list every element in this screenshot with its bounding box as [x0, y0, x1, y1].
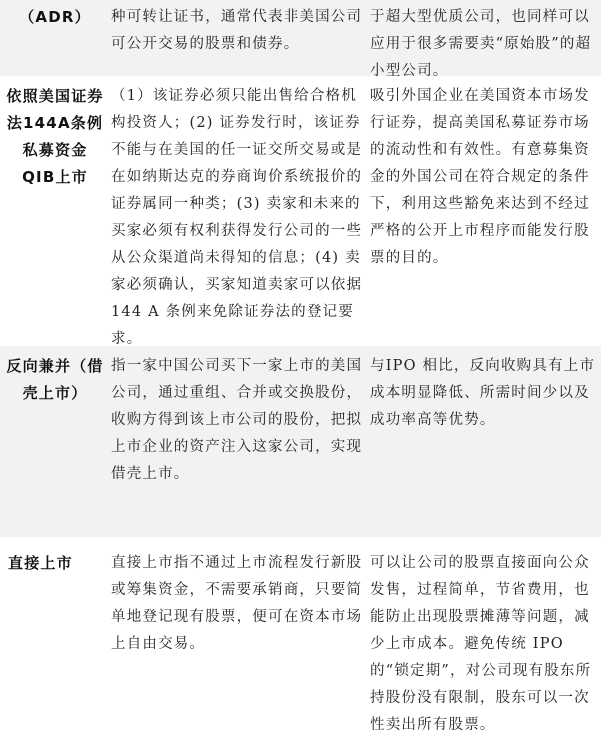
- table-row-144a: 依照美国证券法144A条例私募资金QIB上市 （1）该证券必须只能出售给合格机构…: [0, 76, 601, 346]
- row-advantage: 于超大型优质公司，也同样可以应用于很多需要卖“原始股”的超小型公司。: [370, 4, 601, 76]
- table-row-reverse-merger: 反向兼并（借壳上市） 指一家中国公司买下一家上市的美国公司，通过重组、合并或交换…: [0, 346, 601, 537]
- listing-methods-table: （ADR） 种可转让证书，通常代表非美国公司可公开交易的股票和债券。 于超大型优…: [0, 0, 601, 742]
- table-row-direct-listing: 直接上市 直接上市指不通过上市流程发行新股或筹集资金，不需要承销商，只要简单地登…: [0, 537, 601, 742]
- row-advantage: 与IPO 相比，反向收购具有上市成本明显降低、所需时间少以及成功率高等优势。: [370, 353, 601, 537]
- row-label: （ADR）: [0, 4, 110, 76]
- row-label: 直接上市: [0, 550, 110, 742]
- table-row-adr: （ADR） 种可转让证书，通常代表非美国公司可公开交易的股票和债券。 于超大型优…: [0, 0, 601, 76]
- row-definition: （1）该证券必须只能出售给合格机构投资人；(2) 证券发行时，该证券不能与在美国…: [110, 83, 370, 346]
- row-definition: 直接上市指不通过上市流程发行新股或筹集资金，不需要承销商，只要简单地登记现有股票…: [110, 550, 370, 742]
- row-definition: 种可转让证书，通常代表非美国公司可公开交易的股票和债券。: [110, 4, 370, 76]
- row-label: 依照美国证券法144A条例私募资金QIB上市: [0, 83, 110, 346]
- row-advantage: 可以让公司的股票直接面向公众发售，过程简单，节省费用，也能防止出现股票摊薄等问题…: [370, 550, 601, 742]
- row-definition: 指一家中国公司买下一家上市的美国公司，通过重组、合并或交换股份，收购方得到该上市…: [110, 353, 370, 537]
- row-advantage: 吸引外国企业在美国资本市场发行证券，提高美国私募证券市场的流动性和有效性。有意募…: [370, 83, 601, 346]
- row-label: 反向兼并（借壳上市）: [0, 353, 110, 537]
